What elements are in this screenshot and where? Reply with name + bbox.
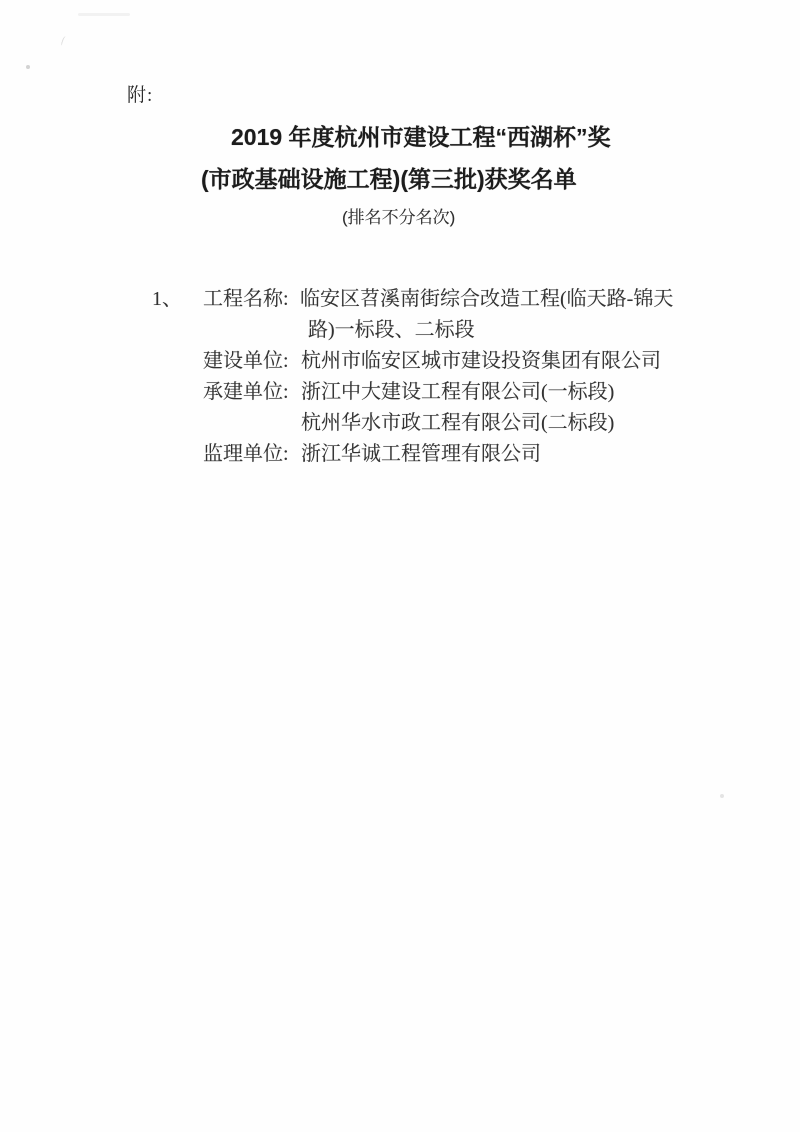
project-name-label: 工程名称:	[203, 282, 289, 311]
construction-unit-label: 建设单位:	[203, 344, 289, 373]
entry-index: 1、	[152, 282, 182, 311]
construction-unit-value: 杭州市临安区城市建设投资集团有限公司	[301, 344, 661, 373]
scan-artifact	[78, 13, 130, 16]
scan-artifact	[26, 65, 30, 69]
scan-artifact	[720, 794, 724, 798]
contractor-unit-value-line2: 杭州华水市政工程有限公司(二标段)	[301, 406, 614, 435]
document-title-line2: (市政基础设施工程)(第三批)获奖名单	[201, 161, 577, 194]
document-title-line1: 2019 年度杭州市建设工程“西湖杯”奖	[231, 119, 611, 152]
contractor-unit-label: 承建单位:	[203, 375, 289, 404]
ranking-note: (排名不分名次)	[342, 203, 455, 228]
scan-artifact	[61, 36, 68, 47]
project-name-value-line2: 路)一标段、二标段	[308, 313, 475, 342]
project-name-value-line1: 临安区苕溪南街综合改造工程(临天路-锦天	[300, 282, 673, 311]
supervision-unit-label: 监理单位:	[203, 437, 289, 466]
supervision-unit-value: 浙江华诚工程管理有限公司	[301, 437, 541, 466]
attachment-label: 附:	[127, 80, 153, 107]
contractor-unit-value-line1: 浙江中大建设工程有限公司(一标段)	[301, 375, 614, 404]
scanned-document-page: 附: 2019 年度杭州市建设工程“西湖杯”奖 (市政基础设施工程)(第三批)获…	[0, 0, 800, 1132]
